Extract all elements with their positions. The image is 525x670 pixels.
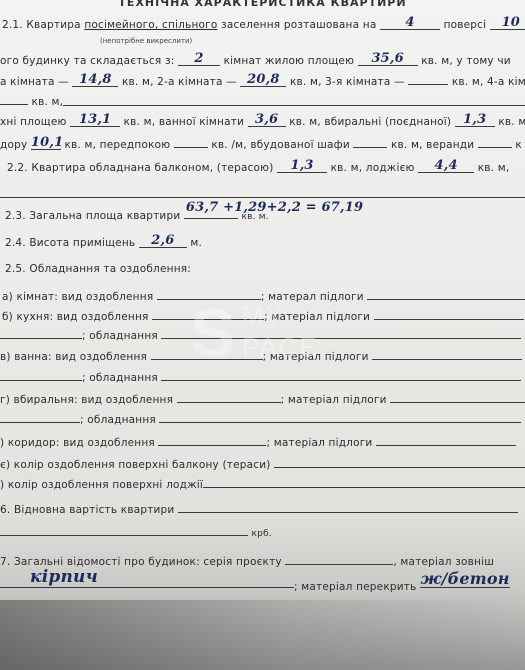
label: г) вбиральня: вид оздоблення	[0, 394, 173, 406]
label: 2.2. Квартира обладнана балконом, (терас…	[7, 162, 274, 174]
corridor-finish-field[interactable]	[158, 433, 266, 446]
section-2-1-row4: кв. м,	[0, 92, 63, 108]
room4-area-field[interactable]	[0, 92, 28, 105]
rooms-count-field[interactable]: 2	[178, 53, 220, 66]
label: ; матерал підлоги	[261, 291, 364, 303]
label: є) колір оздоблення поверхні балкону (те…	[0, 459, 271, 471]
ceiling-material-field[interactable]: ж/бетон	[420, 575, 510, 588]
loggia-color-field[interactable]	[203, 475, 525, 488]
blank-line	[0, 197, 525, 198]
bath-floor-field[interactable]	[372, 347, 522, 360]
label: кв. м, 2-а кімната —	[122, 76, 237, 88]
label: а кімната —	[0, 76, 69, 88]
corridor-floor-field[interactable]	[376, 433, 516, 446]
rooms-floor-field[interactable]	[367, 287, 525, 300]
loggia-color-row: ) колір оздоблення поверхні лоджії	[0, 475, 525, 491]
label: к	[515, 139, 522, 151]
finish-kitchen-row: б) кухня: вид оздоблення ; матеріал підл…	[2, 307, 524, 323]
label: кв. м, 4-а кімнат	[452, 76, 525, 88]
section-2-7: 7. Загальні відомості про будинок: серія…	[0, 552, 494, 568]
total-floors-field[interactable]: 10	[490, 17, 525, 30]
toilet-equip-prefix[interactable]	[0, 410, 80, 423]
bath-equipment-field[interactable]	[161, 368, 521, 381]
label: ) коридор: вид оздоблення	[0, 437, 155, 449]
finish-toilet-row: г) вбиральня: вид оздоблення ; матеріал …	[0, 390, 525, 406]
label: кв. м, веранди	[391, 139, 474, 151]
toilet-equipment-field[interactable]	[159, 410, 521, 423]
section-2-1-row2: ого будинку та складається з: 2 кімнат ж…	[0, 53, 511, 67]
toilet-equipment-row: ; обладнання	[0, 410, 521, 426]
replacement-cost-field[interactable]	[178, 500, 518, 513]
occupancy-note: (непотрібне викреслити)	[100, 37, 192, 45]
room3-area-field[interactable]	[408, 72, 448, 85]
label: кв. /м, вбудованої шафи	[211, 139, 350, 151]
project-series-field[interactable]	[285, 552, 393, 565]
finish-corridor-row: ) коридор: вид оздоблення ; матеріал під…	[0, 433, 516, 449]
label: ого будинку та складається з:	[0, 55, 175, 67]
label: кв. м, ванної кімнати	[124, 116, 244, 128]
living-area-field[interactable]: 35,6	[358, 53, 418, 66]
label: кв. м,	[32, 96, 64, 108]
room1-area-field[interactable]: 14,8	[72, 74, 118, 87]
bathroom-area-field[interactable]: 3,6	[248, 114, 286, 127]
label: , матеріал зовніш	[393, 556, 494, 568]
room2-area-field[interactable]: 20,8	[240, 74, 286, 87]
section-2-1-row5: хні площею 13,1 кв. м, ванної кімнати 3,…	[0, 114, 525, 128]
label: крб.	[252, 529, 272, 539]
closet-area-field[interactable]	[353, 135, 387, 148]
section-2-7-row2: кірпич; матеріал перекрить ж/бетон	[0, 575, 510, 593]
label: ; обладнання	[80, 414, 156, 426]
label: 6. Відновна вартість квартири	[0, 504, 174, 516]
label: ; обладнання	[82, 372, 158, 384]
toilet-finish-field[interactable]	[177, 390, 281, 403]
label: ; матеріал підлоги	[264, 311, 370, 323]
toilet-area-field[interactable]: 1,3	[455, 114, 495, 127]
toilet-floor-field[interactable]	[390, 390, 525, 403]
kitchen-equipment-field[interactable]	[161, 326, 521, 339]
label: м.	[190, 237, 202, 249]
replacement-cost-field-2[interactable]	[0, 523, 248, 536]
section-2-3: 2.3. Загальна площа квартири 63,7 +1,29+…	[5, 206, 269, 222]
label: ; матеріал підлоги	[281, 394, 387, 406]
occupancy-type: посімейного, спільного	[84, 19, 217, 31]
label: кв. м, у тому чи	[421, 55, 511, 67]
corridor-area-field[interactable]: 10,1	[31, 137, 61, 150]
blank-line	[63, 105, 525, 106]
section-2-5-heading: 2.5. Обладнання та оздоблення:	[5, 263, 191, 275]
label: кв. м,	[478, 162, 510, 174]
label: 2.4. Висота приміщень	[5, 237, 135, 249]
bath-equipment-row: ; обладнання	[0, 368, 521, 384]
label: а) кімнат: вид оздоблення	[2, 291, 153, 303]
label: кв. м, 3-я кімната —	[290, 76, 405, 88]
label: ; обладнання	[82, 330, 158, 342]
label: поверсі	[444, 19, 487, 31]
ceiling-height-field[interactable]: 2,6	[139, 235, 187, 248]
label: в) ванна: вид оздоблення	[0, 351, 147, 363]
kitchen-equipment-row: ; обладнання	[0, 326, 521, 342]
label: б) кухня: вид оздоблення	[2, 311, 149, 323]
total-area-field[interactable]: 63,7 +1,29+2,2 = 67,19	[184, 206, 238, 219]
section-2-1-row6: дору 10,1 кв. м, передпокою кв. /м, вбуд…	[0, 135, 522, 151]
label: 2.3. Загальна площа квартири	[5, 210, 180, 222]
floor-field[interactable]: 4	[380, 17, 440, 30]
veranda-area-field[interactable]	[478, 135, 512, 148]
balcony-color-row: є) колір оздоблення поверхні балкону (те…	[0, 455, 525, 471]
label: 2.1. Квартира	[2, 19, 81, 31]
kitchen-area-field[interactable]: 13,1	[70, 114, 120, 127]
label: ; матеріал підлоги	[266, 437, 372, 449]
loggia-area-field[interactable]: 4,4	[418, 160, 474, 173]
kitchen-floor-field[interactable]	[374, 307, 524, 320]
balcony-area-field[interactable]: 1,3	[277, 160, 327, 173]
document-page: ТЕХНІЧНА ХАРАКТЕРИСТИКА КВАРТИРИ 2.1. Кв…	[0, 0, 525, 670]
label: кв. м,	[498, 116, 525, 128]
label: кв. м, передпокою	[64, 139, 170, 151]
label: ; матеріал перекрить	[294, 581, 416, 593]
balcony-color-field[interactable]	[274, 455, 525, 468]
photo-shadow	[0, 600, 525, 670]
section-2-2: 2.2. Квартира обладнана балконом, (терас…	[7, 160, 509, 174]
kitchen-equip-prefix[interactable]	[0, 326, 82, 339]
label: ; матеріал підлоги	[263, 351, 369, 363]
section-2-6: 6. Відновна вартість квартири	[0, 500, 518, 516]
wall-material-field[interactable]: кірпич	[0, 575, 294, 588]
bath-equip-prefix[interactable]	[0, 368, 82, 381]
kitchen-finish-field[interactable]	[152, 307, 264, 320]
hallway-area-field[interactable]	[174, 135, 208, 148]
section-2-1-row3: а кімната — 14,8 кв. м, 2-а кімната — 20…	[0, 72, 525, 88]
label: кв. м, вбиральні (поєднаної)	[289, 116, 451, 128]
label: заселення розташована на	[221, 19, 376, 31]
document-title: ТЕХНІЧНА ХАРАКТЕРИСТИКА КВАРТИРИ	[0, 0, 525, 9]
finish-bath-row: в) ванна: вид оздоблення ; матеріал підл…	[0, 347, 522, 363]
section-2-1-row1: 2.1. Квартира посімейного, спільного зас…	[2, 17, 525, 31]
finish-rooms-row: а) кімнат: вид оздоблення ; матерал підл…	[2, 287, 525, 303]
section-2-4: 2.4. Висота приміщень 2,6 м.	[5, 235, 202, 249]
section-2-6-row2: крб.	[0, 523, 272, 539]
label: кв. м, лоджією	[331, 162, 415, 174]
rooms-finish-field[interactable]	[157, 287, 261, 300]
label: хні площею	[0, 116, 67, 128]
label: кімнат жилою площею	[224, 55, 355, 67]
label: ) колір оздоблення поверхні лоджії	[0, 479, 203, 491]
label: дору	[0, 139, 27, 151]
bath-finish-field[interactable]	[151, 347, 263, 360]
